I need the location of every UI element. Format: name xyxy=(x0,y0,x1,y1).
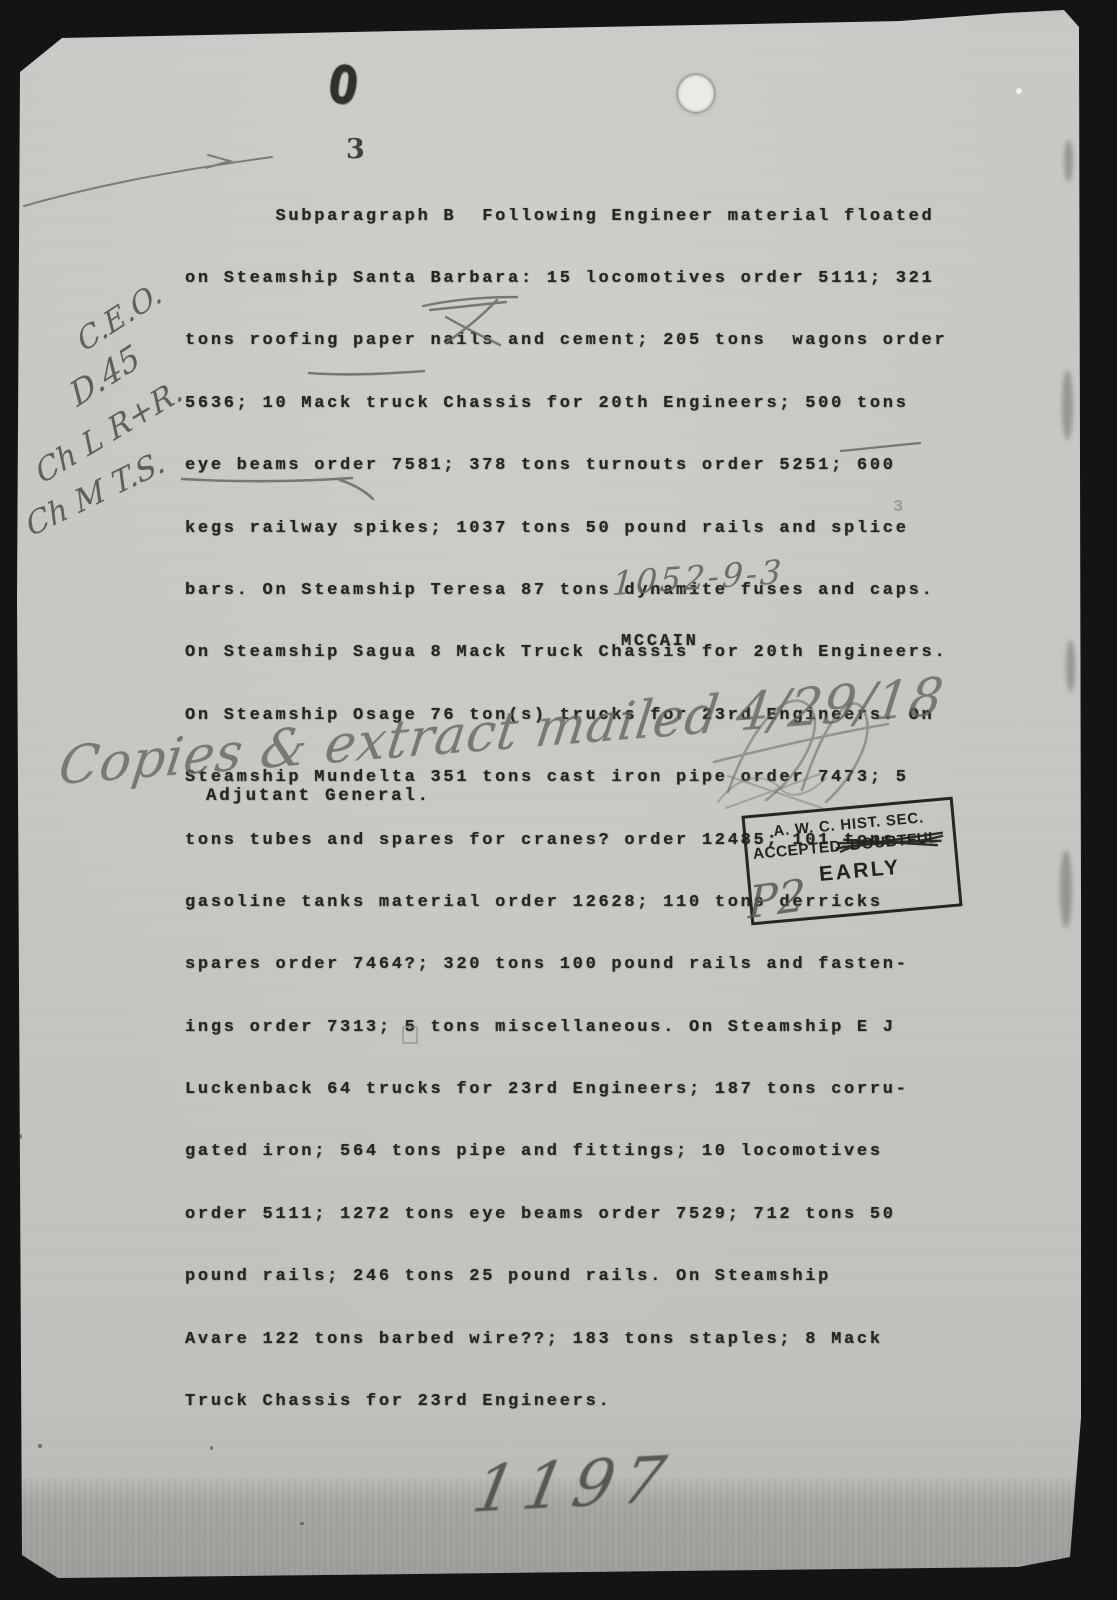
body-line: Avare 122 tons barbed wire??; 183 tons s… xyxy=(185,1330,947,1351)
ghost-digit: 3 xyxy=(893,498,906,519)
dust-speck xyxy=(300,1522,304,1525)
dust-speck xyxy=(38,1444,42,1448)
edge-blotch xyxy=(1064,140,1073,182)
body-line: gated iron; 564 tons pipe and fittings; … xyxy=(185,1142,947,1163)
stamp-doubtful-word: DOUBTFUL xyxy=(849,829,939,854)
stamp-number: P2 xyxy=(747,870,806,930)
body-line: On Steamship Sagua 8 Mack Truck Chassis … xyxy=(185,643,947,664)
body-line: tons roofing paper nails and cement; 205… xyxy=(185,331,947,352)
body-line: ings order 7313; 5 tons miscellaneous. O… xyxy=(185,1018,947,1039)
body-line: Subparagraph B Following Engineer materi… xyxy=(185,207,947,228)
scanned-document: 0 3 Subparagraph B Following Engineer ma… xyxy=(0,0,1117,1600)
body-line: eye beams order 7581; 378 tons turnouts … xyxy=(185,456,947,477)
body-line: order 5111; 1272 tons eye beams order 75… xyxy=(185,1205,947,1226)
dust-speck xyxy=(18,1134,22,1139)
dust-speck xyxy=(210,1446,213,1450)
punch-hole xyxy=(677,74,715,113)
edge-blotch xyxy=(1062,370,1073,440)
body-line: spares order 7464?; 320 tons 100 pound r… xyxy=(185,955,947,976)
body-line: on Steamship Santa Barbara: 15 locomotiv… xyxy=(185,269,947,290)
paragraph-number-annotation: 3 xyxy=(346,134,365,165)
adjutant-general-line: Adjutant General. xyxy=(206,786,431,807)
white-speck xyxy=(1016,88,1022,94)
body-line: Luckenback 64 trucks for 23rd Engineers;… xyxy=(185,1080,947,1101)
edge-blotch xyxy=(1060,850,1072,928)
signature-mccain: MCCAIN xyxy=(621,632,699,653)
faint-box-mark xyxy=(402,1026,418,1044)
ink-blot-zero: 0 xyxy=(324,54,362,118)
stamp-accepted-word: ACCEPTED xyxy=(752,838,842,863)
body-line: 5636; 10 Mack truck Chassis for 20th Eng… xyxy=(185,394,947,415)
edge-blotch xyxy=(1066,640,1075,692)
body-line: kegs railway spikes; 1037 tons 50 pound … xyxy=(185,519,947,540)
body-line: bars. On Steamship Teresa 87 tons dynami… xyxy=(185,581,947,602)
page-number: 1197 xyxy=(467,1442,680,1527)
body-line: pound rails; 246 tons 25 pound rails. On… xyxy=(185,1267,947,1288)
paper-sheet: 0 3 Subparagraph B Following Engineer ma… xyxy=(0,0,1117,1600)
body-line: Truck Chassis for 23rd Engineers. xyxy=(185,1392,947,1413)
